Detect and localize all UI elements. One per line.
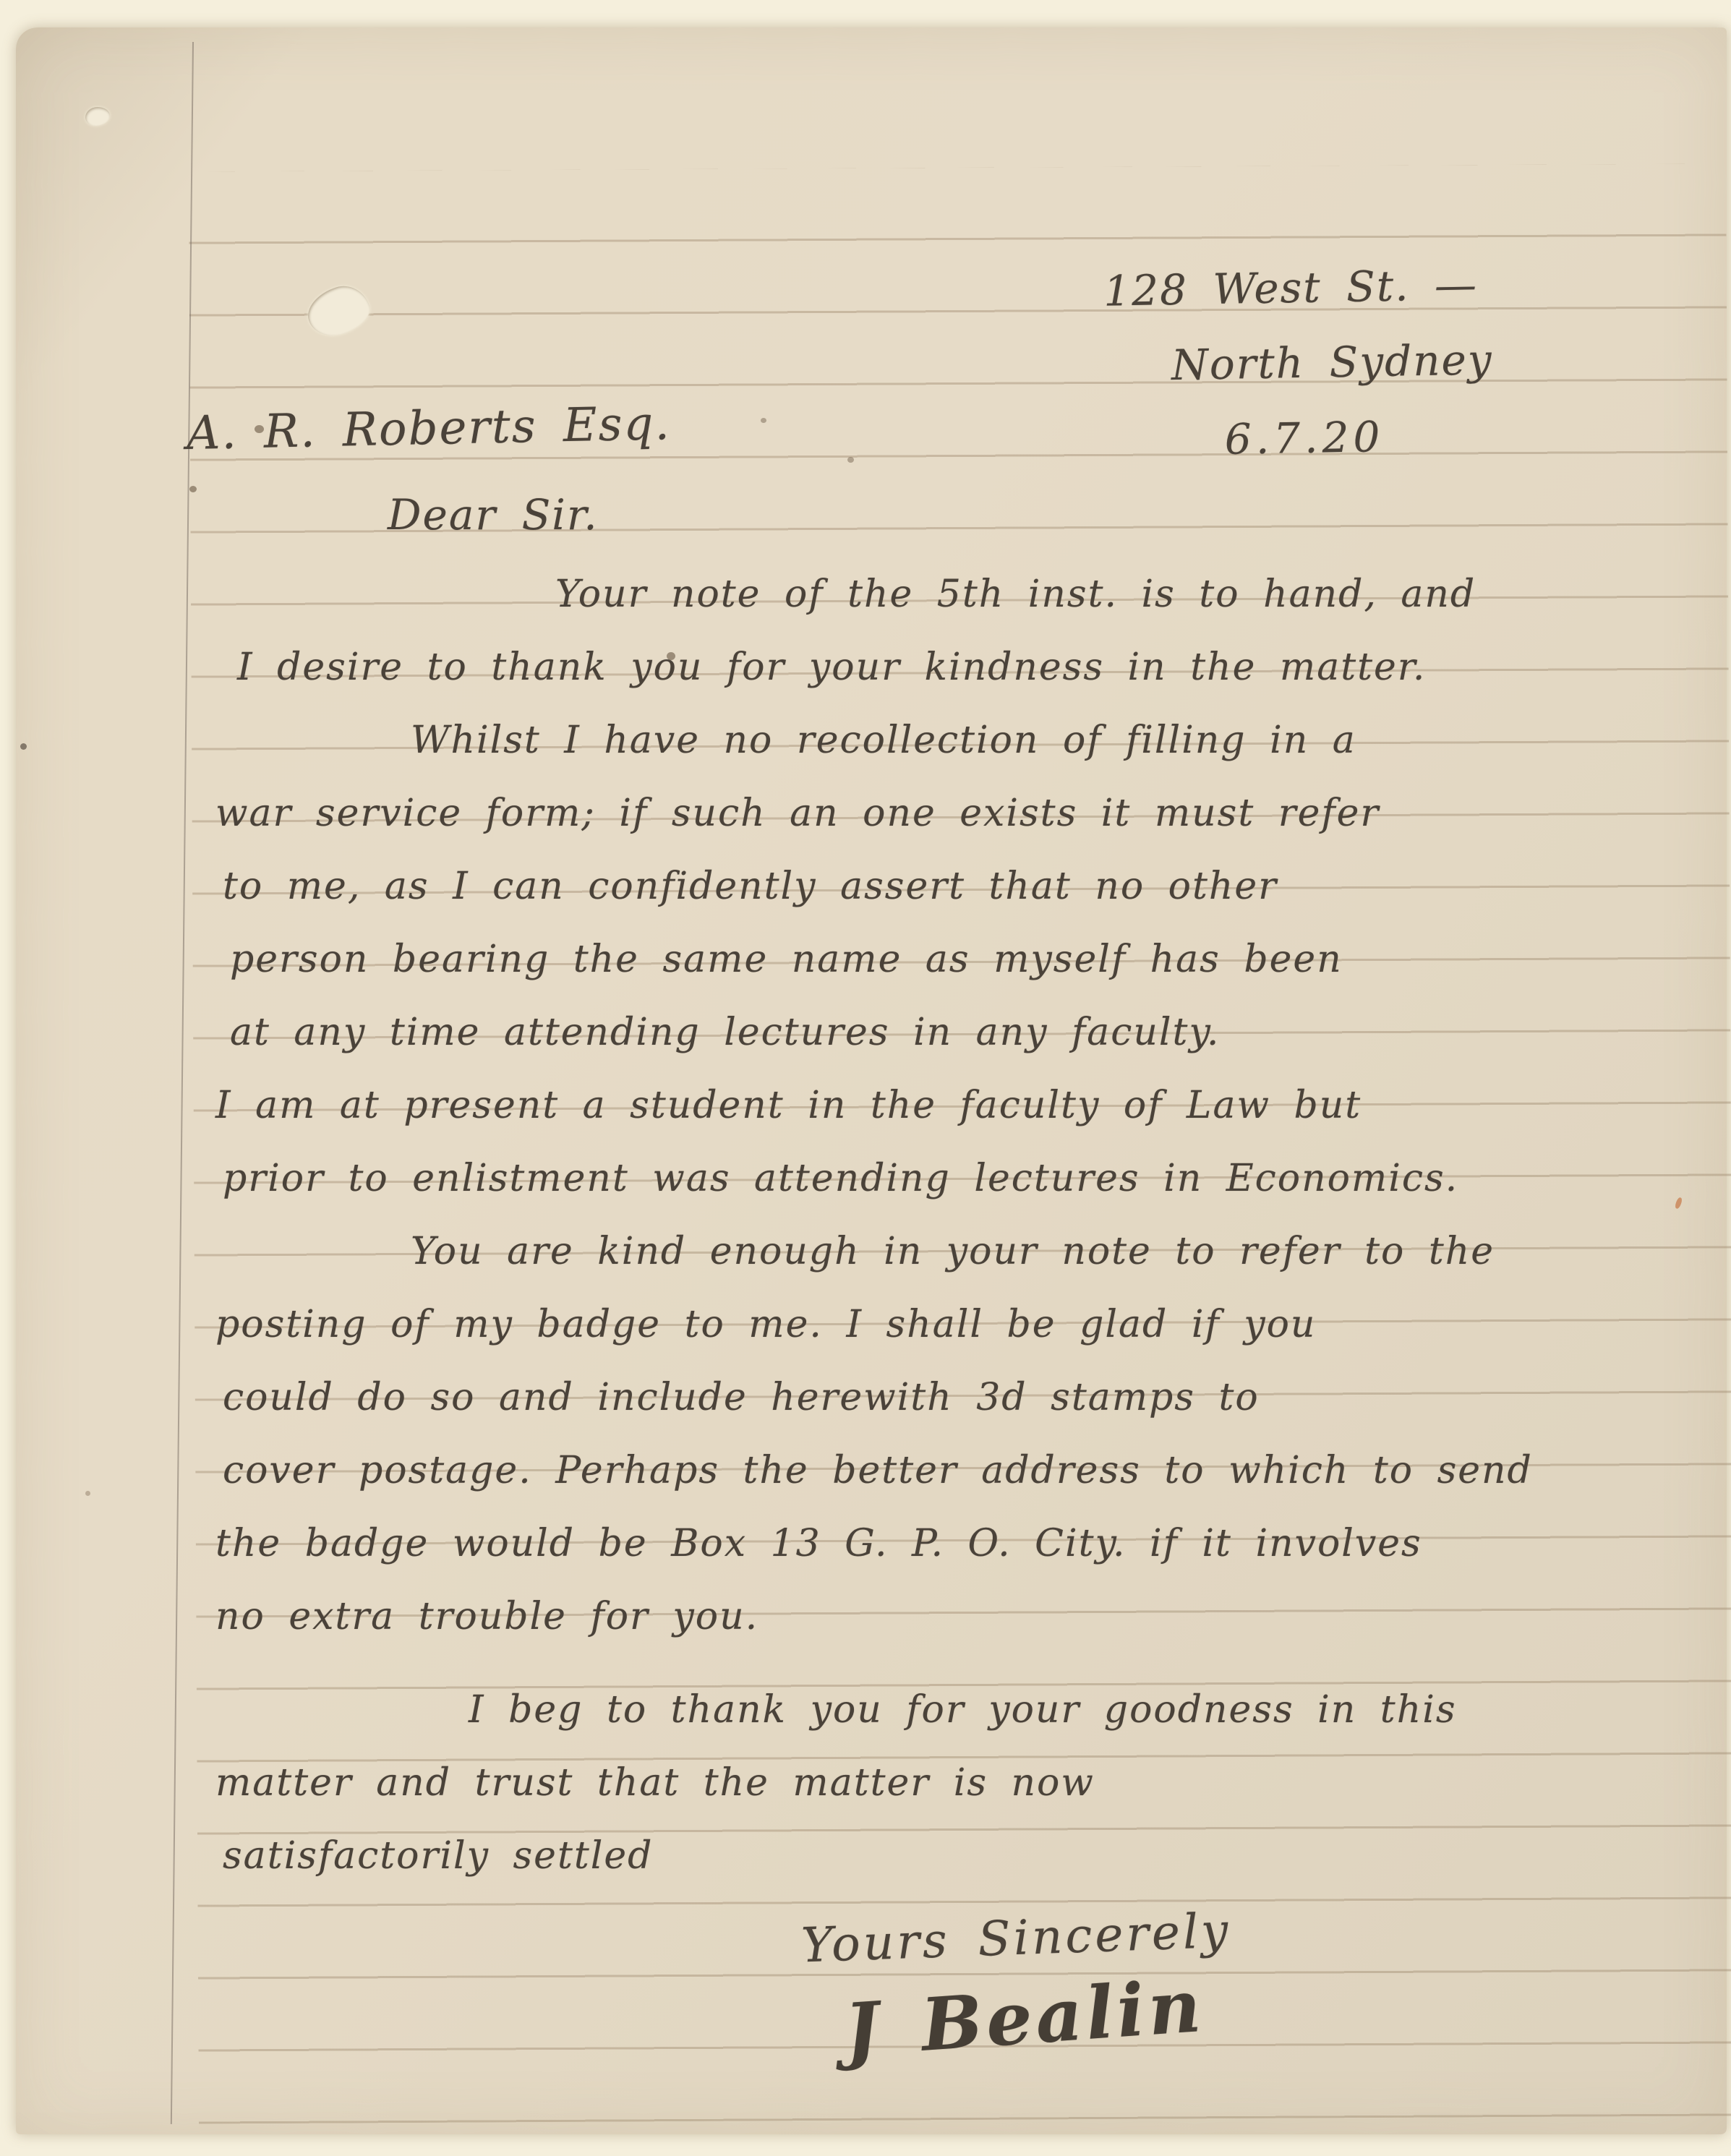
salutation-line: Dear Sir. — [388, 490, 599, 539]
paper-damage-chip — [85, 107, 110, 126]
body-line: war service form; if such an one exists … — [215, 777, 1533, 850]
address-line-2: North Sydney — [1171, 322, 1493, 403]
paper-speck — [189, 486, 197, 492]
body-line: I desire to thank you for your kindness … — [215, 631, 1533, 704]
body-line: You are kind enough in your note to refe… — [215, 1215, 1533, 1288]
recipient-line: A. R. Roberts Esq. — [186, 397, 671, 461]
body-line: cover postage. Perhaps the better addres… — [215, 1434, 1533, 1507]
body-line: I beg to thank you for your goodness in … — [215, 1674, 1533, 1747]
body-line: Whilst I have no recollection of filling… — [215, 704, 1533, 777]
letter-content: 128 West St. — North Sydney 6.7.20 A. R.… — [0, 0, 1731, 2156]
body-line: at any time attending lectures in any fa… — [215, 996, 1533, 1069]
body-line: I am at present a student in the faculty… — [215, 1069, 1533, 1142]
letter-paper: 128 West St. — North Sydney 6.7.20 A. R.… — [16, 27, 1727, 2134]
body-line: the badge would be Box 13 G. P. O. City.… — [215, 1507, 1533, 1580]
paper-speck — [20, 743, 27, 750]
body-line: posting of my badge to me. I shall be gl… — [215, 1288, 1533, 1361]
body-line: Your note of the 5th inst. is to hand, a… — [215, 558, 1533, 631]
body-line: to me, as I can confidently assert that … — [215, 850, 1533, 923]
body-line: no extra trouble for you. — [215, 1580, 1533, 1654]
paper-speck — [761, 418, 766, 423]
paper-speck — [847, 457, 854, 463]
body-line: satisfactorily settled — [215, 1820, 1533, 1893]
paper-speck — [85, 1491, 90, 1496]
letter-date: 6.7.20 — [1224, 397, 1495, 476]
body-line: prior to enlistment was attending lectur… — [215, 1142, 1533, 1215]
letter-body: Your note of the 5th inst. is to hand, a… — [215, 558, 1533, 1893]
sender-address-block: 128 West St. — North Sydney 6.7.20 — [1103, 247, 1495, 479]
margin-rule-line — [171, 42, 194, 2124]
body-line: person bearing the same name as myself h… — [215, 923, 1533, 996]
body-line: matter and trust that the matter is now — [215, 1747, 1533, 1820]
body-line: could do so and include herewith 3d stam… — [215, 1361, 1533, 1434]
address-line-1: 128 West St. — — [1103, 247, 1492, 328]
